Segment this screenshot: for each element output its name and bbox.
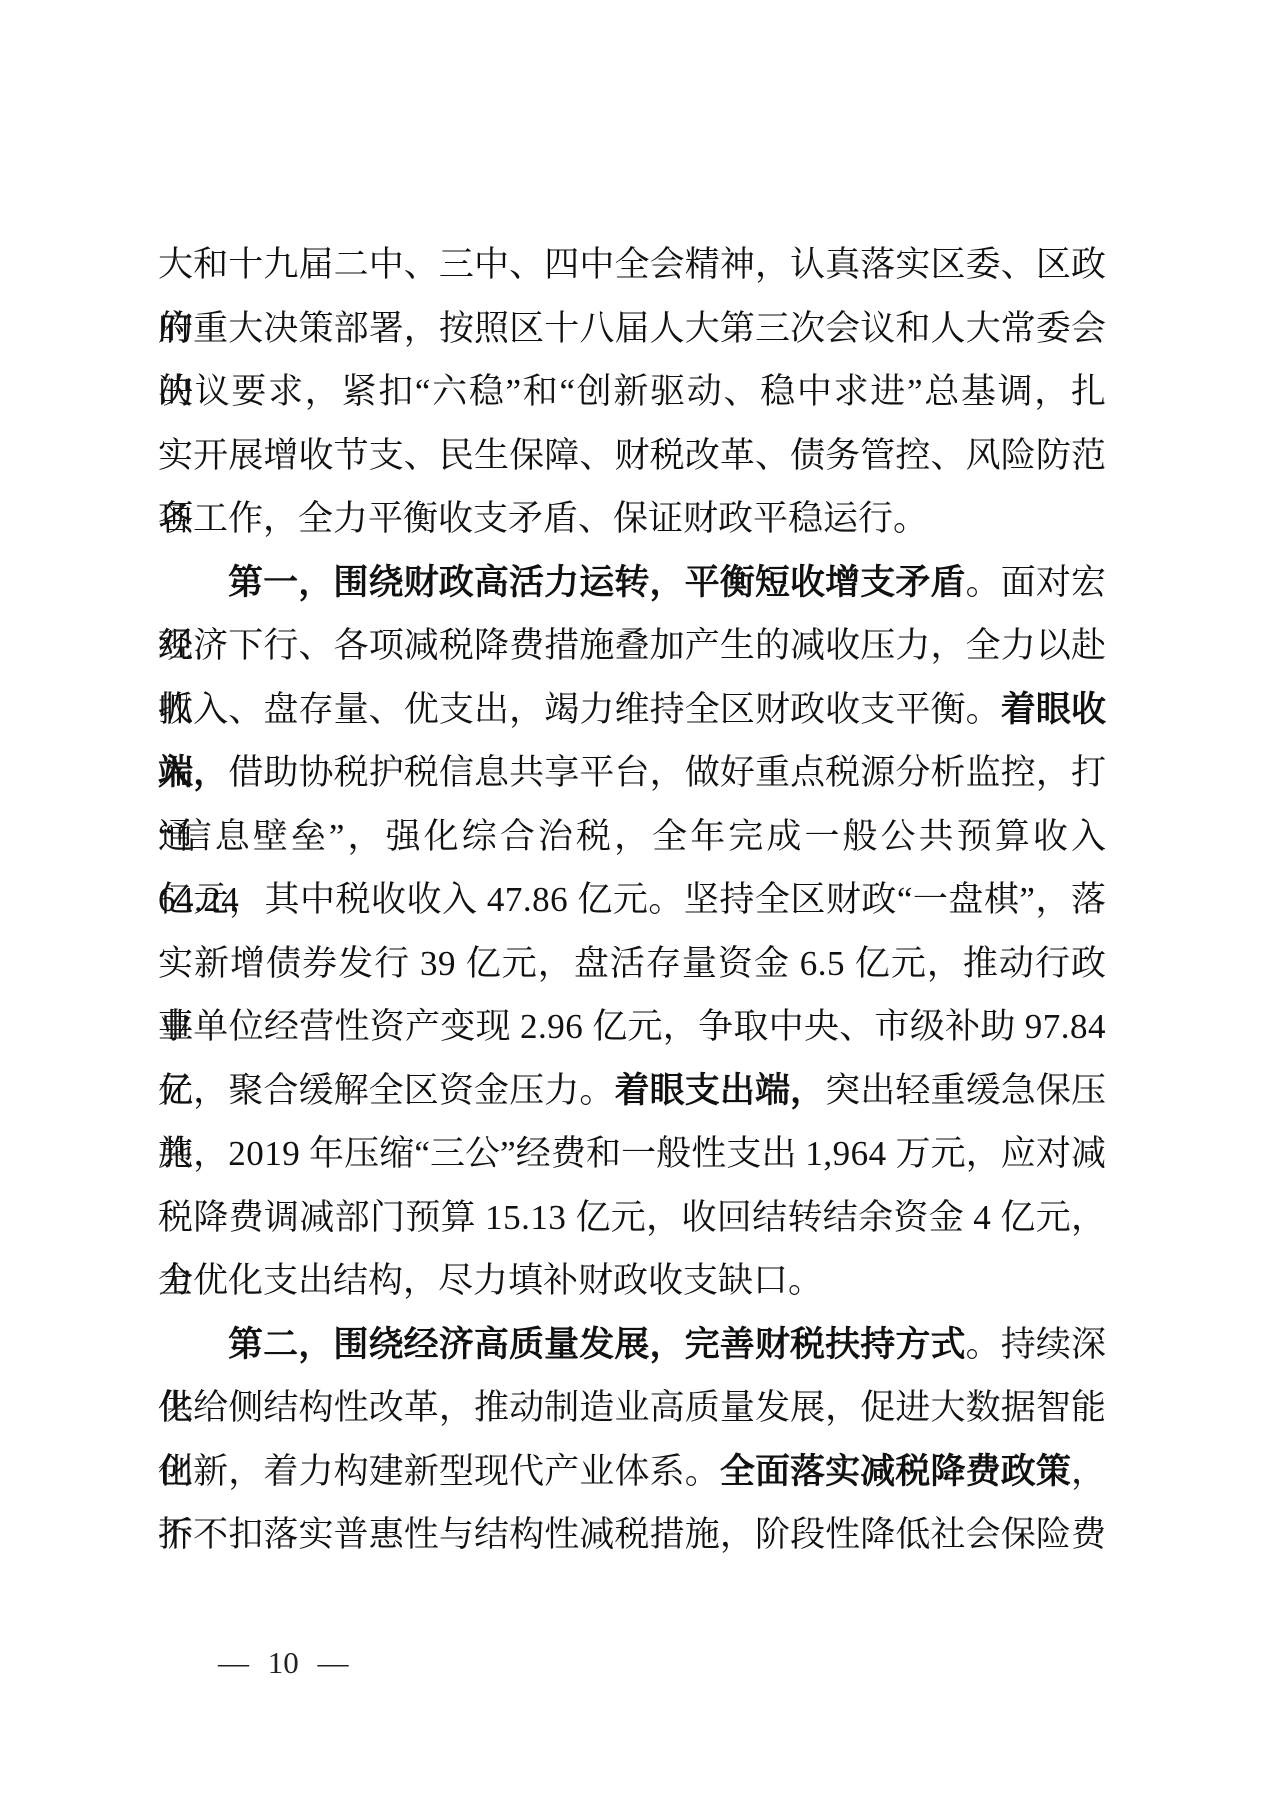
numeral: 15.13 <box>485 1198 566 1237</box>
text-run: 收入、盘存量、优支出，竭力维持全区财政收支平衡。 <box>158 690 1001 729</box>
text-line: 实新增债券发行 39 亿元，盘活存量资金 6.5 亿元，推动行政事 <box>158 932 1106 996</box>
text-line: 收入、盘存量、优支出，竭力维持全区财政收支平衡。着眼收入 <box>158 678 1106 742</box>
text-run: 创新，着力构建新型现代产业体系。 <box>158 1452 720 1491</box>
text-run: 全面落实减税降费政策 <box>720 1452 1071 1491</box>
text-line: 创新，着力构建新型现代产业体系。全面落实减税降费政策，不 <box>158 1440 1106 1504</box>
numeral: 47.86 <box>487 880 568 919</box>
text-line: 元，聚合缓解全区资金压力。着眼支出端，突出轻重缓急保压共 <box>158 1059 1106 1123</box>
numeral: 1,964 <box>805 1134 886 1173</box>
page-footer: — 10 — <box>218 1645 349 1681</box>
text-run: 力优化支出结构，尽力填补财政收支缺口。 <box>158 1261 823 1300</box>
document-page: 大和十九届二中、三中、四中全会精神，认真落实区委、区政府的重大决策部署，按照区十… <box>0 0 1268 1793</box>
text-line: 实开展增收节支、民生保障、财税改革、债务管控、风险防范各 <box>158 424 1106 488</box>
text-line: 业单位经营性资产变现 2.96 亿元，争取中央、市级补助 97.84 亿 <box>158 995 1106 1059</box>
text-line: 经济下行、各项减税降费措施叠加产生的减收压力，全力以赴抓 <box>158 614 1106 678</box>
text-run: 第二，围绕经济高质量发展，完善财税扶持方式 <box>228 1325 966 1364</box>
page-number: — 10 — <box>218 1645 349 1680</box>
numeral: 2.96 <box>520 1007 583 1046</box>
numeral: 4 <box>973 1198 991 1237</box>
text-line: 力优化支出结构，尽力填补财政收支缺口。 <box>158 1249 1106 1313</box>
text-line: 税降费调减部门预算 15.13 亿元，收回结转结余资金 4 亿元，全 <box>158 1186 1106 1250</box>
text-run: 项工作，全力平衡收支矛盾、保证财政平稳运行。 <box>158 499 928 538</box>
text-run: 元，聚合缓解全区资金压力。 <box>158 1071 614 1110</box>
text-run: 着眼支出端， <box>614 1071 825 1110</box>
text-line: 第二，围绕经济高质量发展，完善财税扶持方式。持续深化 <box>158 1313 1106 1377</box>
text-line: 折不扣落实普惠性与结构性减税措施，阶段性降低社会保险费 <box>158 1503 1106 1567</box>
numeral: 6.5 <box>800 944 845 983</box>
text-block: 大和十九届二中、三中、四中全会精神，认真落实区委、区政府的重大决策部署，按照区十… <box>158 233 1106 1567</box>
numeral: 2019 <box>228 1134 300 1173</box>
text-run: 折不扣落实普惠性与结构性减税措施，阶段性降低社会保险费 <box>158 1515 1106 1554</box>
text-line: 第一，围绕财政高活力运转，平衡短收增支矛盾。面对宏观 <box>158 551 1106 615</box>
text-run: 决议要求，紧扣“六稳”和“创新驱动、稳中求进”总基调，扎 <box>158 372 1106 411</box>
text-line: 施，2019 年压缩“三公”经费和一般性支出 1,964 万元，应对减 <box>158 1122 1106 1186</box>
numeral: 97.84 <box>1025 1007 1106 1046</box>
text-line: 亿元，其中税收收入 47.86 亿元。坚持全区财政“一盘棋”，落 <box>158 868 1106 932</box>
text-line: 供给侧结构性改革，推动制造业高质量发展，促进大数据智能化 <box>158 1376 1106 1440</box>
text-line: 大和十九届二中、三中、四中全会精神，认真落实区委、区政府 <box>158 233 1106 297</box>
text-run: 施，2019 年压缩“三公”经费和一般性支出 1,964 万元，应对减 <box>158 1134 1106 1173</box>
text-line: 的重大决策部署，按照区十八届人大第三次会议和人大常委会的 <box>158 297 1106 361</box>
text-line: 决议要求，紧扣“六稳”和“创新驱动、稳中求进”总基调，扎 <box>158 360 1106 424</box>
text-run: 端， <box>158 753 228 792</box>
numeral: 39 <box>420 944 456 983</box>
text-line: 项工作，全力平衡收支矛盾、保证财政平稳运行。 <box>158 487 1106 551</box>
text-run: 第一，围绕财政高活力运转，平衡短收增支矛盾 <box>228 563 966 602</box>
text-line: “信息壁垒”，强化综合治税，全年完成一般公共预算收入 64.24 <box>158 805 1106 869</box>
text-run: 亿元，其中税收收入 47.86 亿元。坚持全区财政“一盘棋”，落 <box>158 880 1106 919</box>
text-line: 端，借助协税护税信息共享平台，做好重点税源分析监控，打通 <box>158 741 1106 805</box>
